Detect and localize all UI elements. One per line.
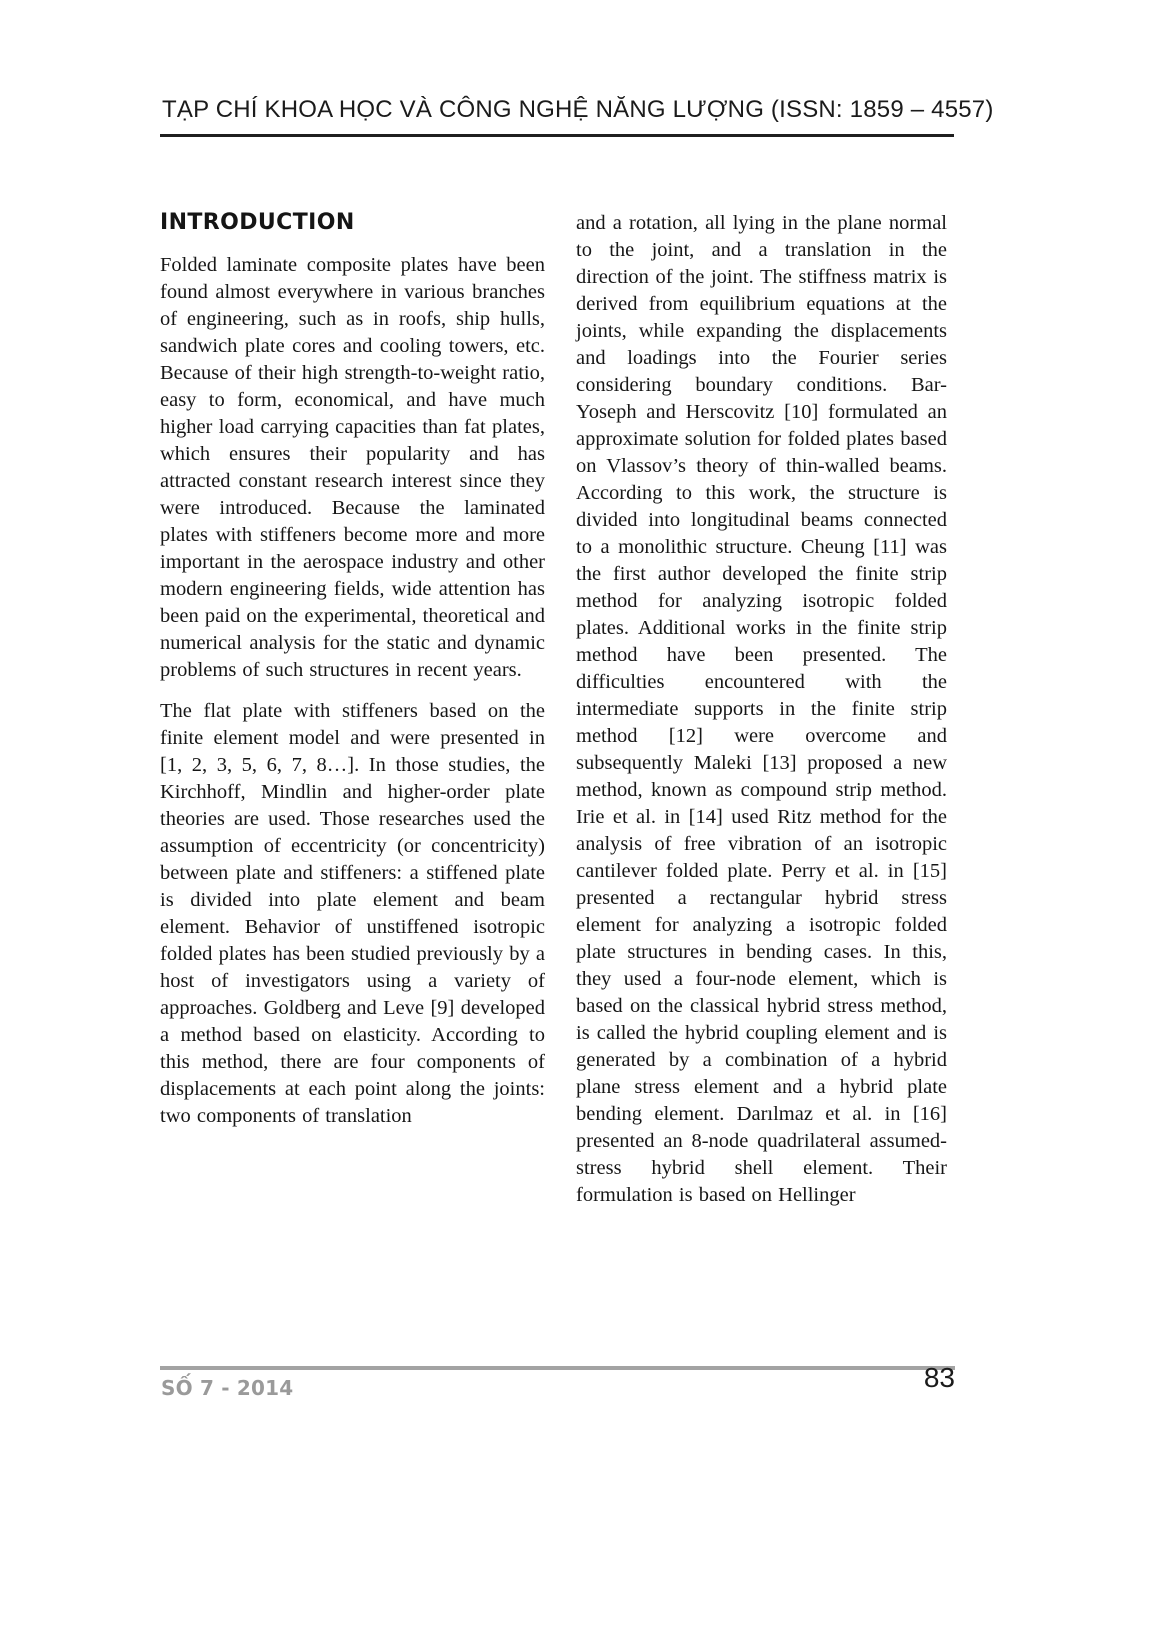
- left-column-paragraph-1: Folded laminate composite plates have be…: [160, 252, 545, 684]
- section-heading-introduction: INTRODUCTION: [160, 210, 545, 236]
- document-page: TẠP CHÍ KHOA HỌC VÀ CÔNG NGHỆ NĂNG LƯỢNG…: [0, 0, 1157, 1637]
- article-body: INTRODUCTION Folded laminate composite p…: [160, 210, 947, 1209]
- journal-title-header: TẠP CHÍ KHOA HỌC VÀ CÔNG NGHỆ NĂNG LƯỢNG…: [162, 96, 954, 124]
- header-rule: [160, 134, 954, 137]
- right-column: and a rotation, all lying in the plane n…: [576, 210, 947, 1209]
- right-column-paragraph-1: and a rotation, all lying in the plane n…: [576, 210, 947, 1209]
- left-column: INTRODUCTION Folded laminate composite p…: [160, 210, 545, 1209]
- left-column-paragraph-2: The flat plate with stiffeners based on …: [160, 698, 545, 1130]
- footer-issue-label: SỐ 7 - 2014: [161, 1376, 293, 1400]
- footer-page-number: 83: [760, 1362, 955, 1394]
